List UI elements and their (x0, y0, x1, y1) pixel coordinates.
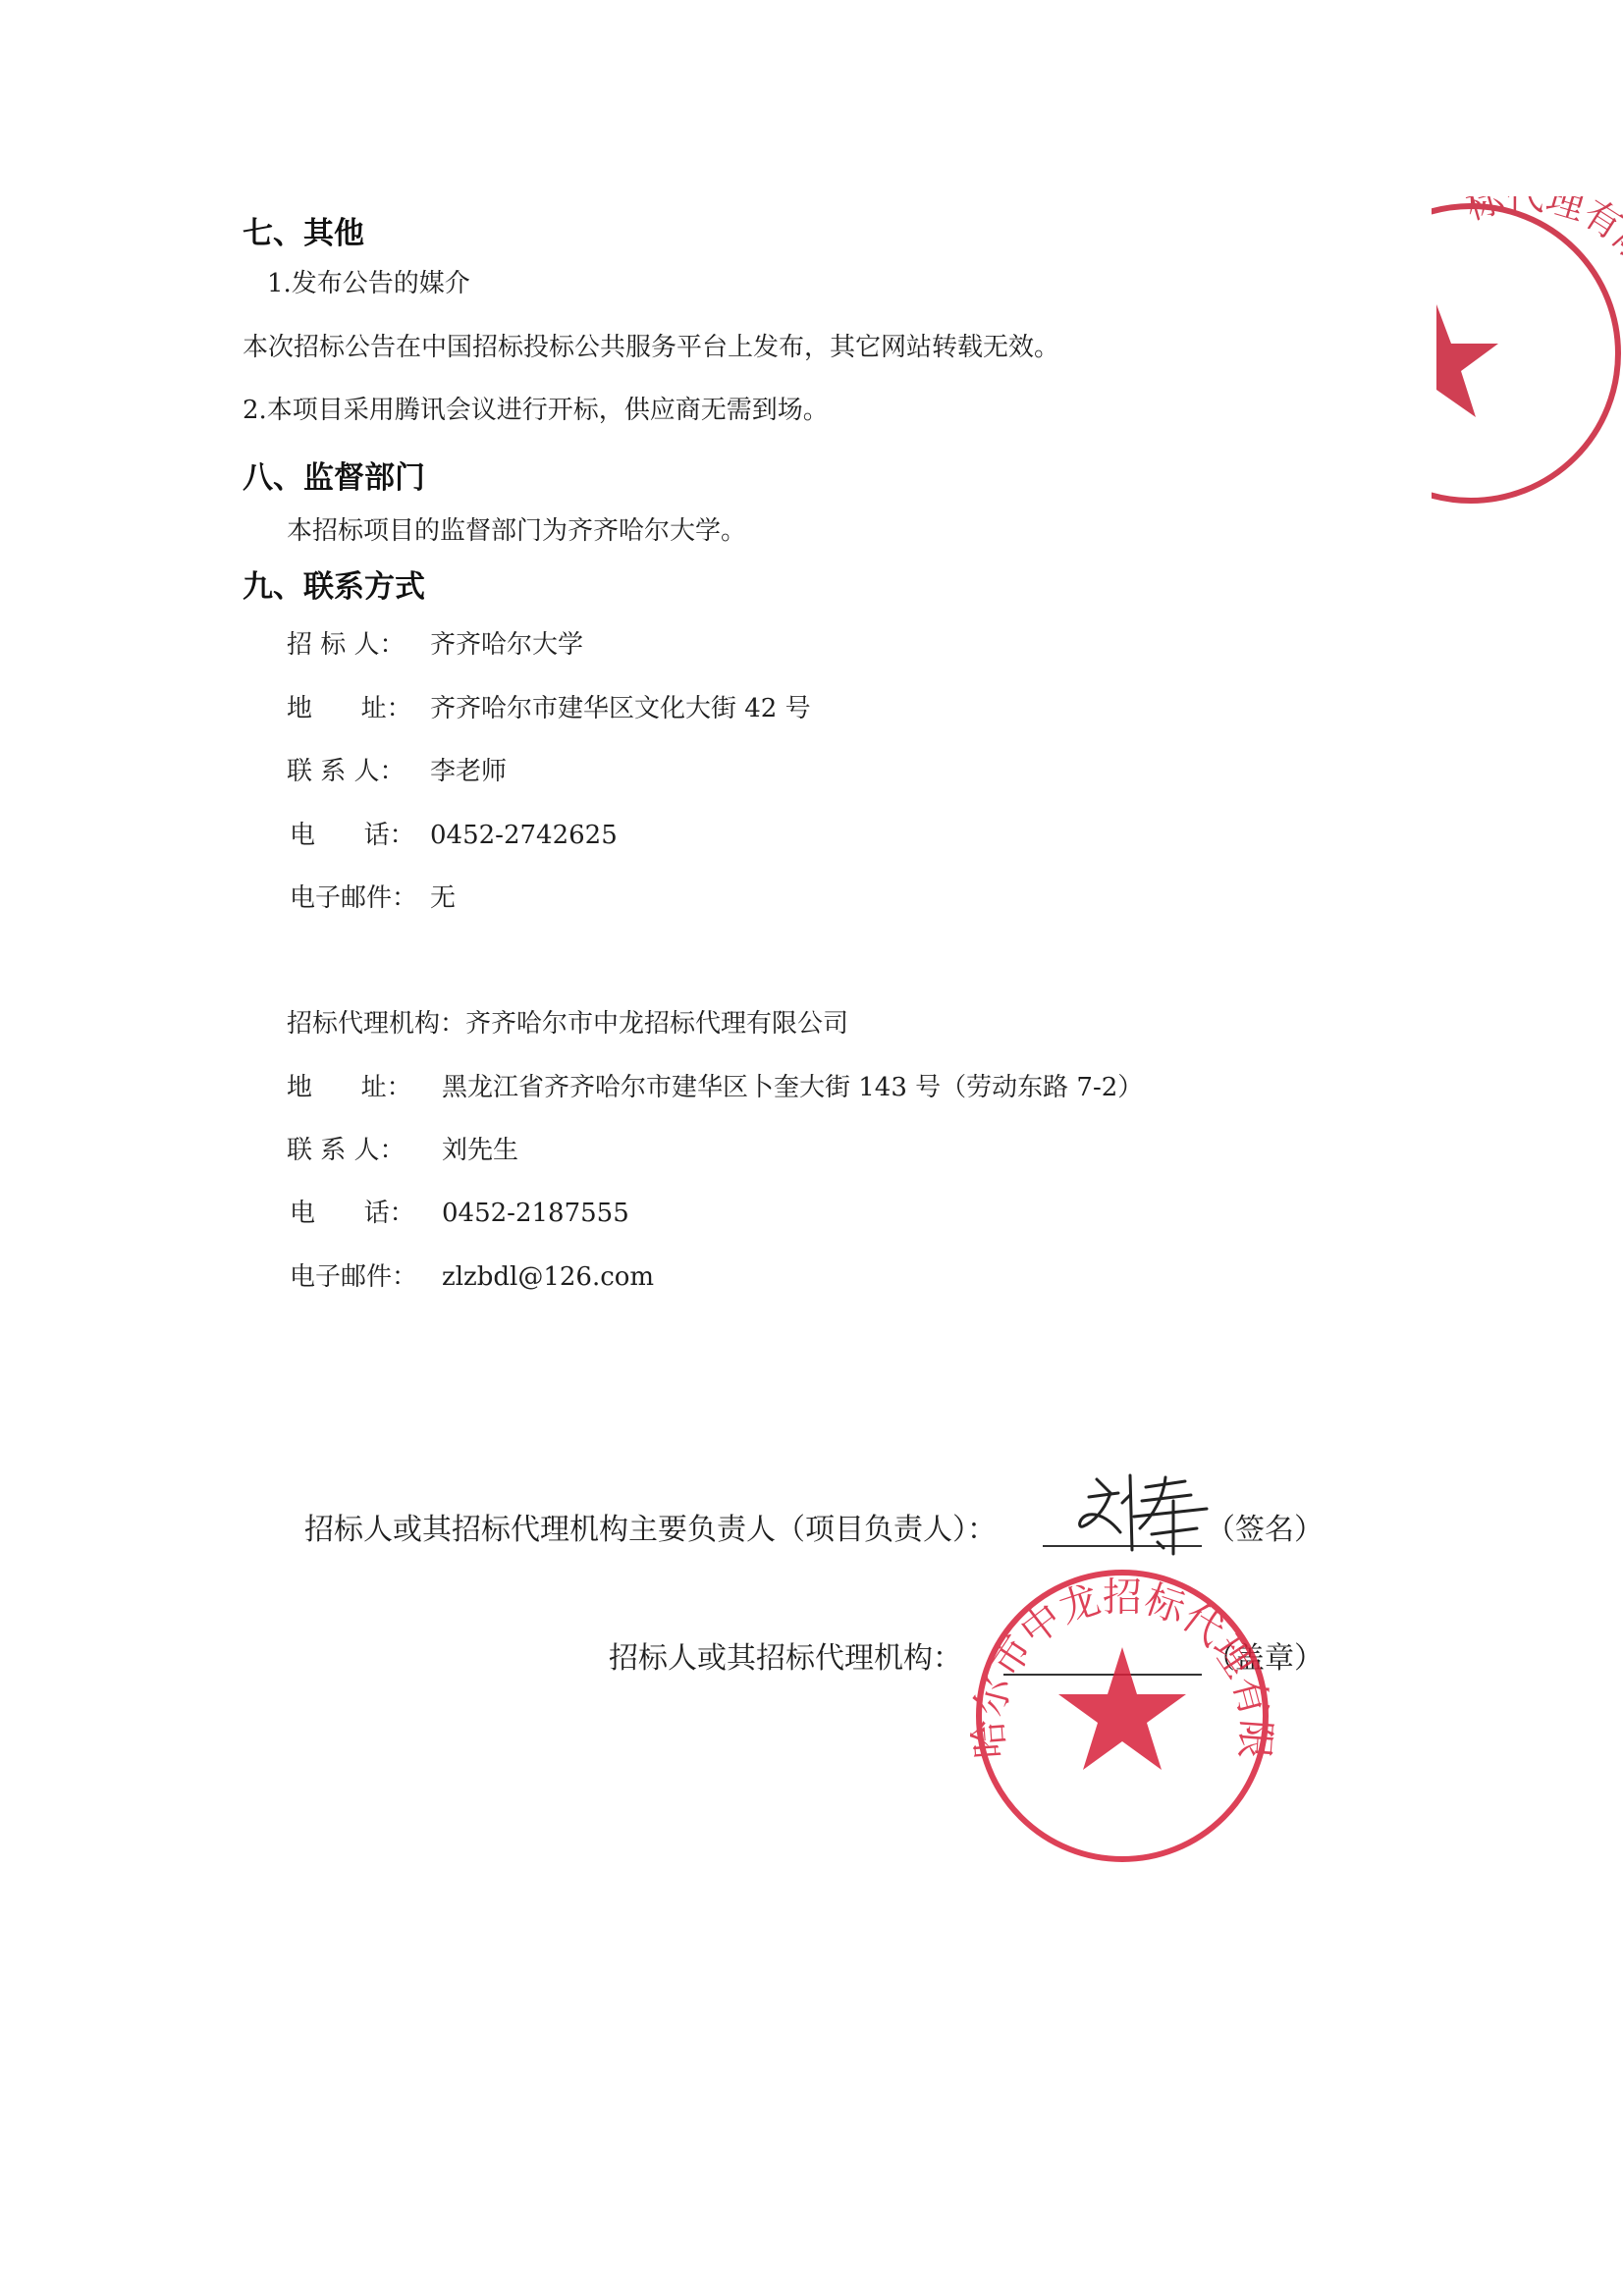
agency-name-label: 招标代理机构： (287, 1003, 465, 1040)
tenderer-phone-value: 0452-2742625 (430, 821, 618, 850)
tenderer-email-row: 电子邮件：无 (290, 878, 456, 914)
tenderer-address-label: 地 址： (287, 688, 430, 724)
section-8-heading: 八、监督部门 (243, 453, 425, 497)
section-7-item1-body: 本次招标公告在中国招标投标公共服务平台上发布，其它网站转载无效。 (243, 327, 1059, 363)
signature-line2-label: 招标人或其招标代理机构： (609, 1633, 962, 1677)
agency-phone-row: 电 话：0452-2187555 (290, 1193, 629, 1229)
tenderer-name-label: 招 标 人： (287, 624, 430, 661)
signature-line1-suffix: （签名） (1206, 1505, 1324, 1548)
partial-seal-icon: 标代理有限公司 (1432, 196, 1623, 510)
tenderer-address-row: 地 址：齐齐哈尔市建华区文化大街 42 号 (287, 688, 811, 724)
company-seal-icon: 齐齐哈尔市中龙招标代理有限公司 (970, 1564, 1274, 1868)
agency-email-row: 电子邮件：zlzbdl@126.com (290, 1256, 654, 1293)
agency-name-row: 招标代理机构：齐齐哈尔市中龙招标代理有限公司 (287, 1003, 848, 1040)
agency-phone-value: 0452-2187555 (442, 1199, 629, 1228)
section-7-heading: 七、其他 (243, 208, 364, 252)
agency-name-value: 齐齐哈尔市中龙招标代理有限公司 (465, 1009, 848, 1039)
agency-contact-label: 联 系 人： (287, 1130, 442, 1166)
tenderer-address-value: 齐齐哈尔市建华区文化大街 42 号 (430, 694, 811, 723)
partial-seal-text: 标代理有限公司 (1461, 196, 1623, 341)
section-8-body: 本招标项目的监督部门为齐齐哈尔大学。 (287, 510, 746, 547)
signature-line1-label: 招标人或其招标代理机构主要负责人（项目负责人）： (304, 1505, 997, 1548)
agency-address-row: 地 址：黑龙江省齐齐哈尔市建华区卜奎大街 143 号（劳动东路 7-2） (287, 1067, 1143, 1103)
agency-email-value: zlzbdl@126.com (442, 1262, 654, 1292)
tenderer-email-label: 电子邮件： (290, 878, 430, 914)
tenderer-contact-value: 李老师 (430, 757, 507, 786)
section-7-item1-title: 1.发布公告的媒介 (267, 263, 470, 299)
agency-address-label: 地 址： (287, 1067, 442, 1103)
agency-email-label: 电子邮件： (290, 1256, 442, 1293)
tenderer-name-row: 招 标 人：齐齐哈尔大学 (287, 624, 583, 661)
tenderer-name-value: 齐齐哈尔大学 (430, 630, 583, 660)
agency-phone-label: 电 话： (290, 1193, 442, 1229)
handwritten-signature-icon (1075, 1468, 1213, 1556)
agency-contact-row: 联 系 人：刘先生 (287, 1130, 518, 1166)
agency-address-value: 黑龙江省齐齐哈尔市建华区卜奎大街 143 号（劳动东路 7-2） (442, 1073, 1143, 1102)
tenderer-contact-row: 联 系 人：李老师 (287, 751, 507, 787)
section-7-item2: 2.本项目采用腾讯会议进行开标，供应商无需到场。 (243, 390, 829, 426)
tenderer-contact-label: 联 系 人： (287, 751, 430, 787)
tenderer-phone-row: 电 话：0452-2742625 (290, 815, 618, 851)
section-9-heading: 九、联系方式 (243, 561, 425, 606)
agency-contact-value: 刘先生 (442, 1136, 518, 1165)
tenderer-email-value: 无 (430, 883, 456, 913)
tenderer-phone-label: 电 话： (290, 815, 430, 851)
